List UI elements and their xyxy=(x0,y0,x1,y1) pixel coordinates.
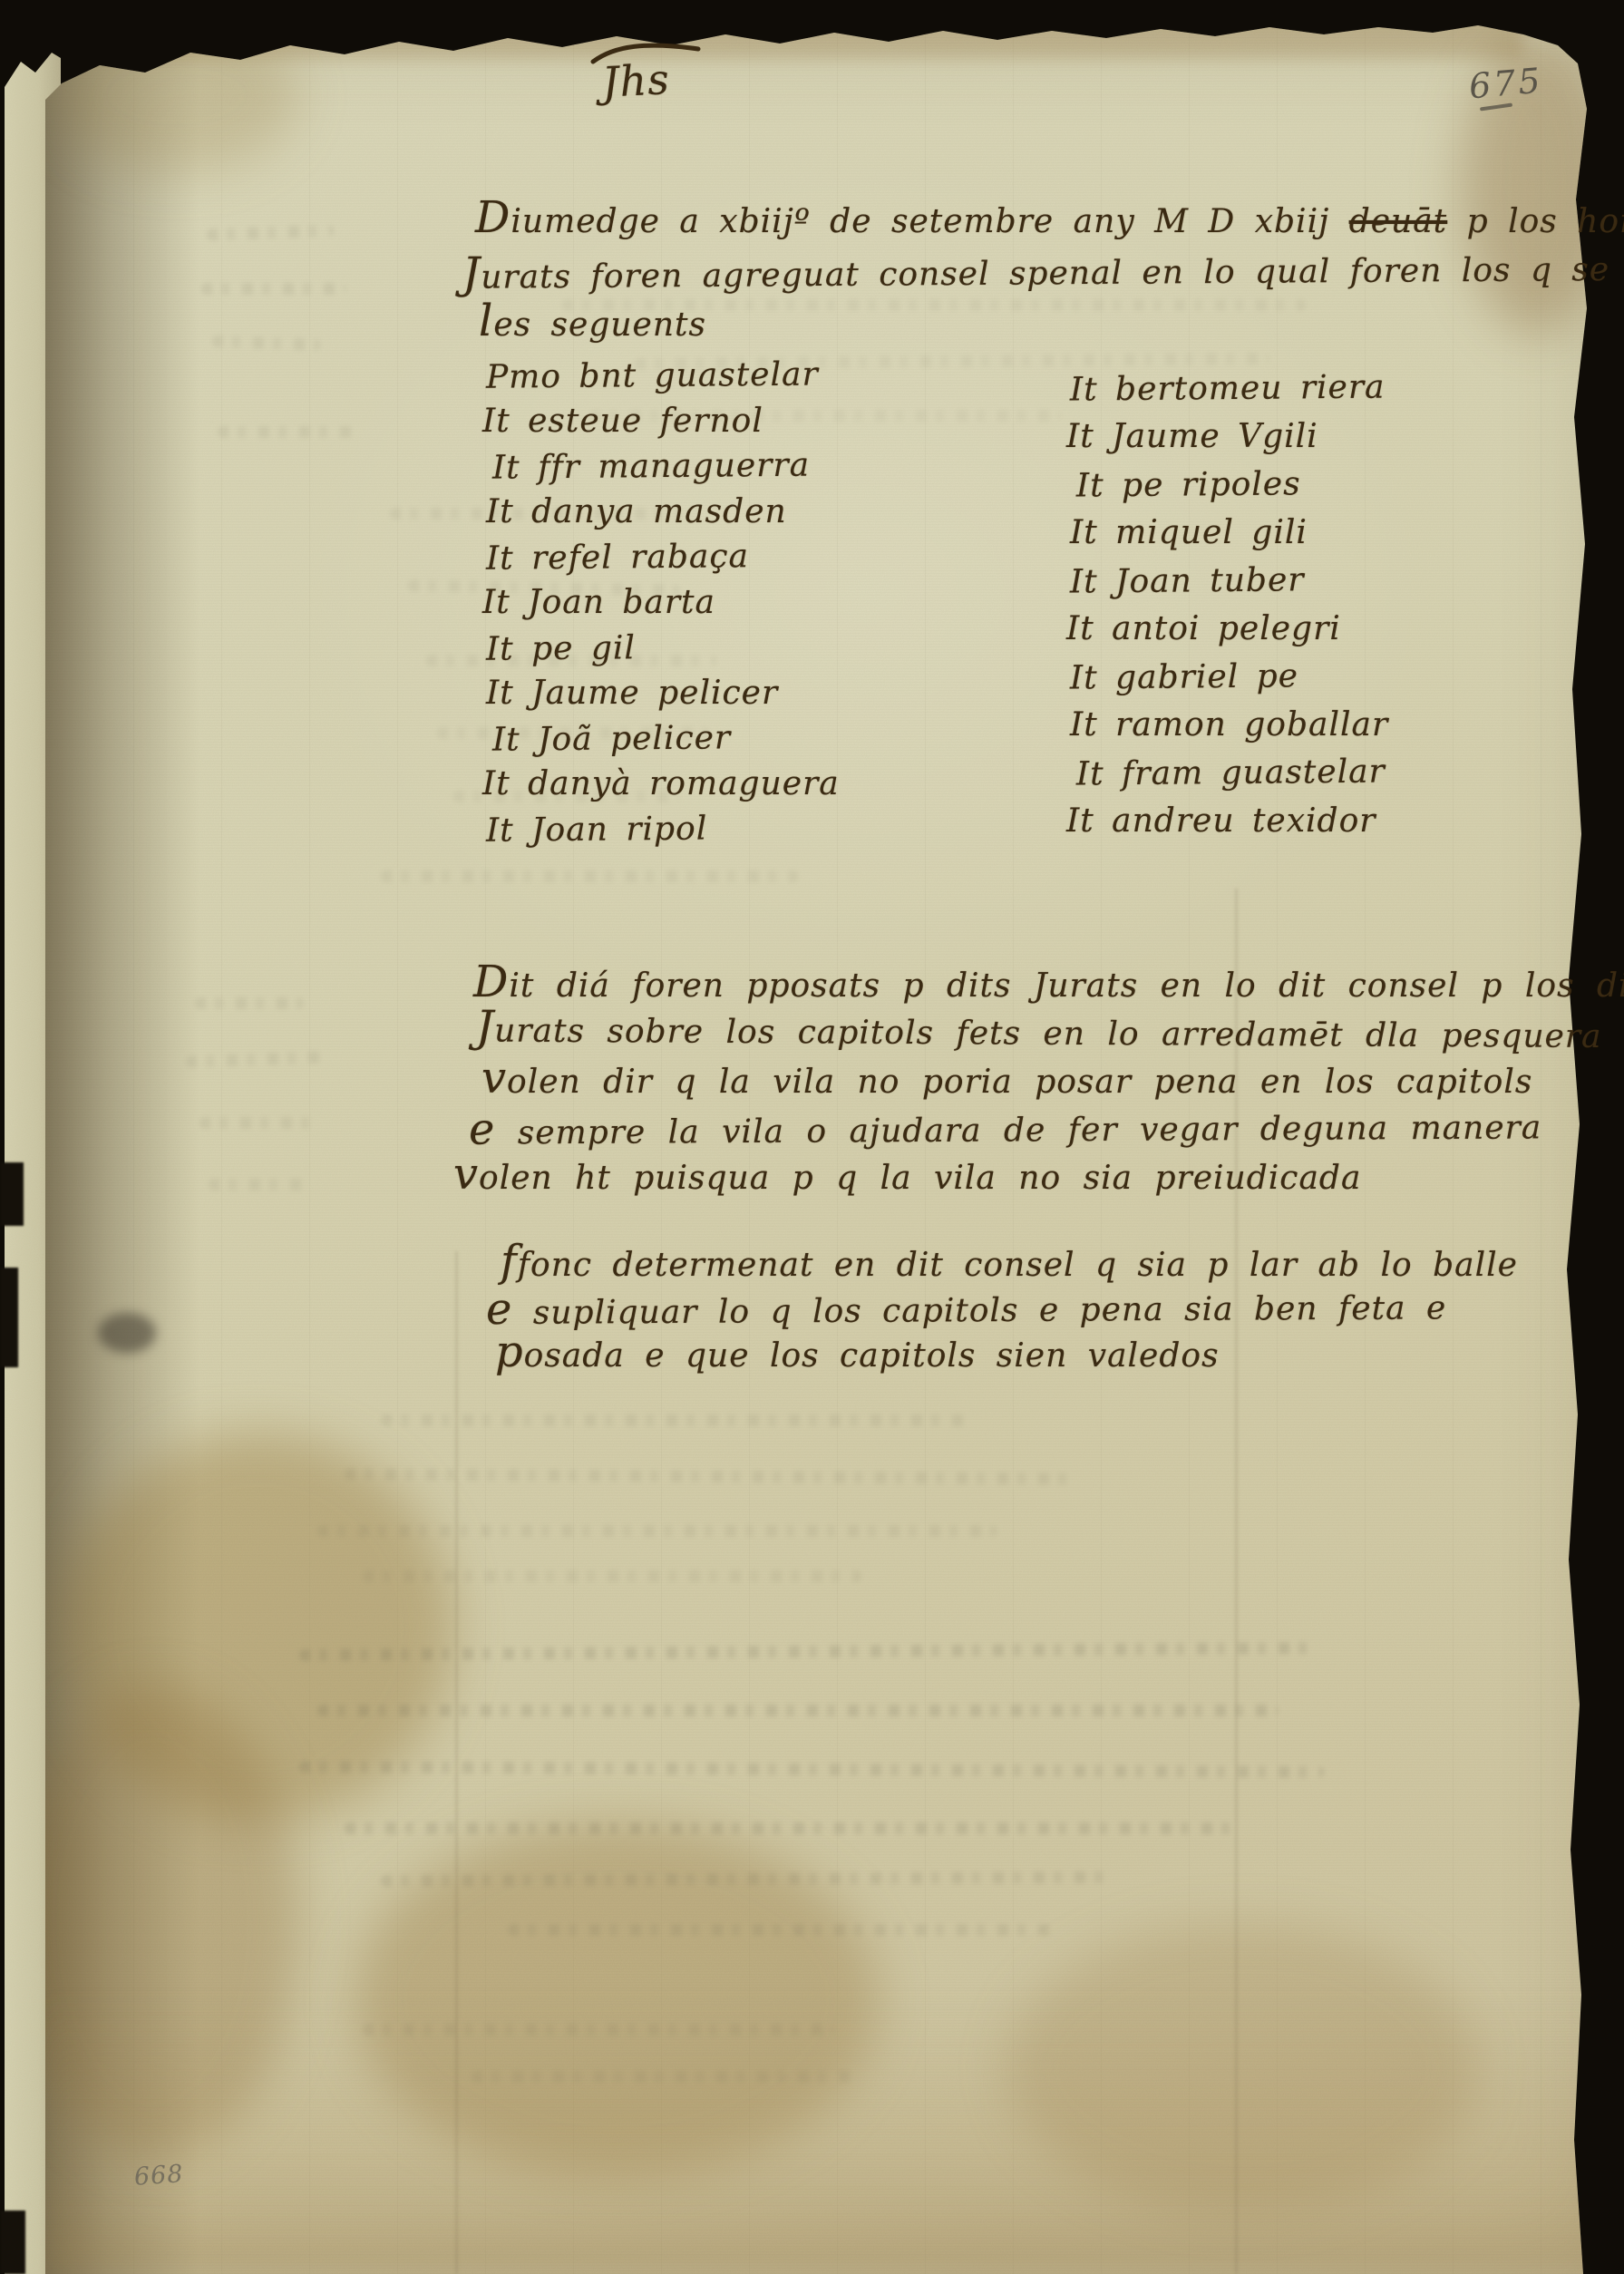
bleed-through-line xyxy=(201,283,346,295)
jhs-monogram: Jhs xyxy=(601,54,671,107)
attendee-name: It Joan ripol xyxy=(486,809,840,857)
attendee-name: It Jaume pelicer xyxy=(486,675,840,720)
resolution1-line: Jurats sobre los capitols fets en lo arr… xyxy=(476,1002,1624,1056)
attendee-name: It pe ripoles xyxy=(1076,464,1389,515)
stain xyxy=(54,18,299,172)
resolution1-line: volen dir q la vila no poria posar pena … xyxy=(481,1054,1624,1102)
bleed-through-line xyxy=(209,1179,308,1190)
struck-word: deuāt xyxy=(1349,203,1447,240)
resolution-paragraph-2: ffonc determenat en dit consel q sia p l… xyxy=(501,1237,1518,1373)
heading-line-3: les seguents xyxy=(479,296,1624,348)
edge-tear xyxy=(0,1268,18,1367)
heading-line-1-text: Diumedge a xbiijº de setembre any M D xb… xyxy=(475,203,1349,240)
resolution2-line: e supliquar lo q los capitols e pena sia… xyxy=(486,1279,1518,1330)
bleed-through-line xyxy=(381,870,798,882)
stain xyxy=(45,1995,1624,2274)
bleed-through-line xyxy=(317,1525,997,1537)
attendee-name: It danyà romaguera xyxy=(482,765,840,811)
attendee-name: It ramon goballar xyxy=(1070,706,1388,754)
resolution1-line: Dit diá foren pposats p dits Jurats en l… xyxy=(473,957,1624,1006)
attendees-right-column: It bertomeu riera It Jaume Vgili It pe r… xyxy=(1070,370,1388,850)
attendee-name: It fram guastelar xyxy=(1076,753,1389,803)
attendee-name: It Jaume Vgili xyxy=(1066,418,1388,466)
resolution2-line: posada e que los capitols sien valedos xyxy=(495,1327,1518,1373)
bleed-through-line xyxy=(195,997,304,1009)
attendee-name: Pmo bnt guastelar xyxy=(486,355,840,403)
bleed-through-line xyxy=(363,1570,861,1582)
attendee-name: It Joã pelicer xyxy=(492,718,840,766)
edge-tear xyxy=(0,2211,25,2274)
attendees-left-column: Pmo bnt guastelar It esteue fernol It ff… xyxy=(486,357,840,856)
archive-number: 668 xyxy=(133,2160,185,2191)
attendee-name: It bertomeu riera xyxy=(1070,368,1389,419)
bleed-through-line xyxy=(363,2024,834,2036)
heading-line-1: Diumedge a xbiijº de setembre any M D xb… xyxy=(475,193,1624,245)
resolution1-line: e sempre la vila o ajudara de fer vegar … xyxy=(469,1098,1624,1152)
bleed-through-line xyxy=(381,1414,970,1426)
attendee-name: It danya masden xyxy=(486,493,840,539)
attendee-name: It Joan barta xyxy=(482,584,840,629)
resolution-paragraph-1: Dit diá foren pposats p dits Jurats en l… xyxy=(473,957,1624,1198)
attendee-name: It Joan tuber xyxy=(1070,560,1389,611)
attendee-name: It andreu texidor xyxy=(1066,802,1388,850)
bleed-through-line xyxy=(218,426,354,438)
resolution2-line: ffonc determenat en dit consel q sia p l… xyxy=(501,1237,1518,1282)
attendee-name: It antoi pelegri xyxy=(1066,610,1388,658)
attendee-name: It esteue fernol xyxy=(482,403,840,448)
smudge xyxy=(98,1313,156,1353)
attendee-name: It gabriel pe xyxy=(1070,656,1389,707)
attendee-name: It refel rabaça xyxy=(486,537,840,585)
bleed-through-line xyxy=(508,1924,1052,1936)
attendee-name: It miquel gili xyxy=(1070,514,1388,562)
bleed-through-line xyxy=(317,1705,1279,1716)
attendee-name: It ffr managuerra xyxy=(492,446,840,494)
edge-tear xyxy=(0,1162,24,1226)
resolution1-line: volen ht puisqua p q la vila no sia prei… xyxy=(453,1150,1624,1198)
manuscript-scan: Jhs 675 Diumedge a xbiijº de setembre an… xyxy=(0,0,1624,2274)
folio-number: 675 xyxy=(1467,61,1544,107)
bleed-through-line xyxy=(472,2071,852,2083)
heading-paragraph: Diumedge a xbiijº de setembre any M D xb… xyxy=(475,193,1624,348)
bleed-through-line xyxy=(345,1822,1233,1834)
bleed-through-line xyxy=(199,1117,317,1129)
heading-line-2: Jurats foren agreguat consel spenal en l… xyxy=(462,240,1624,301)
attendee-name: It pe gil xyxy=(486,627,840,675)
heading-line-1-end: p los honrats xyxy=(1447,203,1624,240)
